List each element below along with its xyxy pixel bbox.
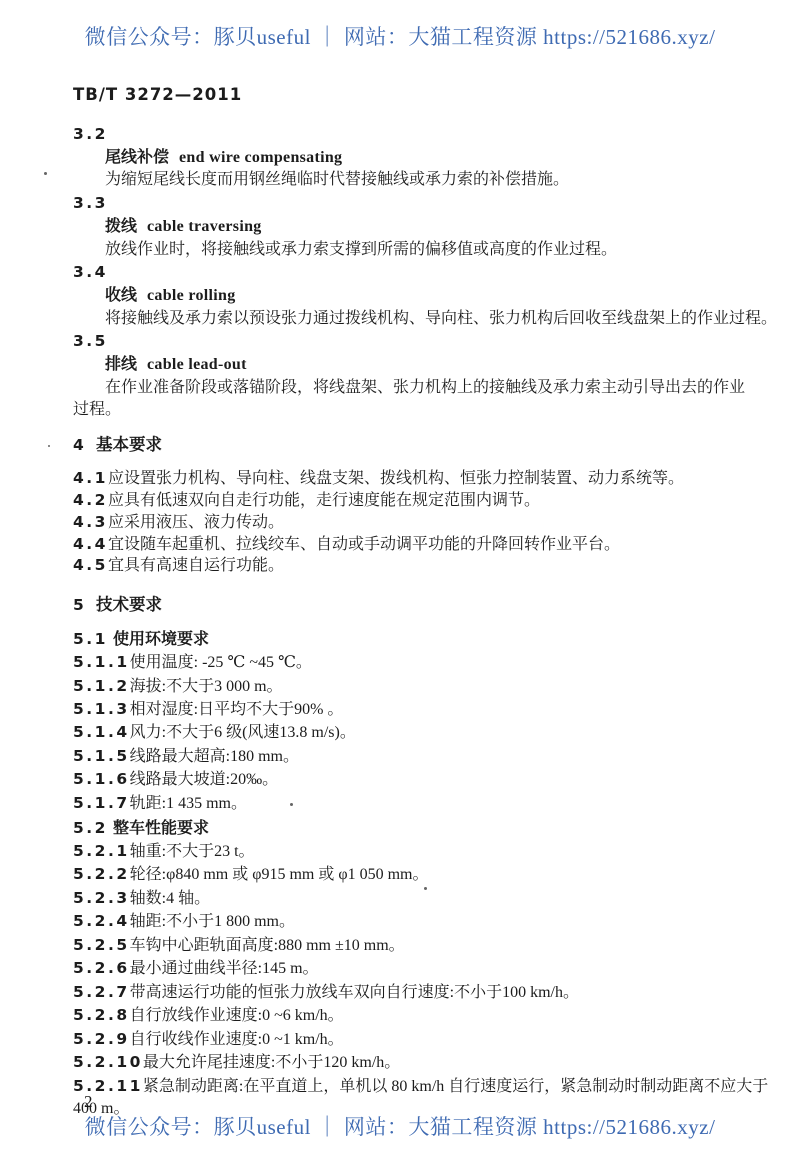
section-5-2-items: 5.2.1轴重:不大于23 t。 5.2.2轮径:φ840 mm 或 φ915 …	[73, 840, 750, 1121]
clause-item-text: 线路最大超高:180 mm。	[130, 748, 299, 765]
clause-item-text: 轴重:不大于23 t。	[130, 843, 255, 860]
clause-item-number: 5.1.5	[73, 745, 130, 767]
clause-item-text: 轨距:1 435 mm。	[130, 795, 247, 812]
clause-item-number: 5.2.8	[73, 1004, 130, 1027]
clause-item-text: 紧急制动距离:在平直道上，单机以 80 km/h 自行速度运行，紧急制动时制动距…	[143, 1078, 768, 1095]
clause-item-number: 5.1.1	[73, 651, 130, 673]
clause-item-text: 应设置张力机构、导向柱、线盘支架、拨线机构、恒张力控制装置、动力系统等。	[108, 470, 684, 487]
section-5-1-heading: 5.1使用环境要求	[73, 627, 750, 651]
term-chinese: 排线	[105, 354, 137, 373]
clause-item: 5.1.6线路最大坡道:20‰。	[73, 768, 750, 791]
clause-item-text: 轴数:4 轴。	[130, 890, 210, 907]
clause-item-number: 4.1	[73, 468, 108, 490]
term-line: 收线cable rolling	[105, 284, 750, 308]
definition-text: 为缩短尾线长度而用钢丝绳临时代替接触线或承力索的补偿措施。	[73, 169, 750, 192]
clause-item: 5.1.3相对湿度:日平均不大于90% 。	[73, 698, 750, 721]
clause-item-number: 5.1.6	[73, 768, 130, 790]
term-line: 尾线补偿end wire compensating	[105, 146, 750, 170]
clause-item: 5.2.2轮径:φ840 mm 或 φ915 mm 或 φ1 050 mm。	[73, 863, 750, 887]
clause-item-number: 5.1.2	[73, 675, 130, 697]
clause-item-text: 车钩中心距轨面高度:880 mm ±10 mm。	[130, 937, 405, 954]
section-5-2-heading: 5.2整车性能要求	[73, 816, 750, 840]
clause-number: 3.2	[73, 123, 750, 146]
clause-item-text: 风力:不大于6 级(风速13.8 m/s)。	[130, 724, 356, 741]
definition-section: 3.2 尾线补偿end wire compensating 为缩短尾线长度而用钢…	[73, 123, 750, 192]
section-5-heading: 5技术要求	[73, 593, 750, 617]
clause-item-text: 带高速运行功能的恒张力放线车双向自行速度:不小于100 km/h。	[130, 984, 579, 1001]
clause-item-number: 5.2.6	[73, 957, 130, 980]
clause-item-text: 宜设随车起重机、拉线绞车、自动或手动调平功能的升降回转作业平台。	[108, 536, 620, 553]
document-content: TB/T 3272—2011 3.2 尾线补偿end wire compensa…	[73, 0, 750, 1121]
clause-item-number: 4.5	[73, 555, 108, 577]
clause-item-text: 使用温度: -25 ℃ ~45 ℃。	[130, 654, 312, 671]
clause-item: 4.2应具有低速双向自走行功能，走行速度能在规定范围内调节。	[73, 490, 750, 512]
term-chinese: 拨线	[105, 216, 137, 235]
clause-item: 4.1应设置张力机构、导向柱、线盘支架、拨线机构、恒张力控制装置、动力系统等。	[73, 468, 750, 490]
clause-item: 5.1.1使用温度: -25 ℃ ~45 ℃。	[73, 651, 750, 674]
clause-item-number: 5.2.4	[73, 910, 130, 933]
scan-speck	[48, 445, 50, 447]
clause-item: 5.2.5车钩中心距轨面高度:880 mm ±10 mm。	[73, 934, 750, 958]
definition-text: 在作业准备阶段或落锚阶段，将线盘架、张力机构上的接触线及承力索主动引导出去的作业…	[73, 377, 750, 422]
section-5-number: 5	[73, 593, 96, 617]
clause-item-number: 5.1.7	[73, 792, 130, 814]
clause-item: 5.2.8自行放线作业速度:0 ~6 km/h。	[73, 1004, 750, 1028]
section-4-title: 基本要求	[96, 435, 162, 454]
clause-item: 4.5宜具有高速自运行功能。	[73, 555, 750, 577]
clause-item-number: 5.2.10	[73, 1051, 143, 1074]
definition-line1: 在作业准备阶段或落锚阶段，将线盘架、张力机构上的接触线及承力索主动引导出去的作业	[105, 379, 745, 396]
clause-item-number: 5.2.1	[73, 840, 130, 863]
watermark-footer: 微信公众号：豚贝useful ｜ 网站：大猫工程资源 https://52168…	[85, 1111, 716, 1141]
term-chinese: 尾线补偿	[105, 147, 169, 166]
scan-speck	[290, 803, 293, 806]
clause-item-number: 5.2.9	[73, 1028, 130, 1051]
clause-item-text: 最大允许尾挂速度:不小于120 km/h。	[143, 1054, 400, 1071]
term-english: cable rolling	[147, 287, 236, 304]
clause-item: 5.2.6最小通过曲线半径:145 m。	[73, 957, 750, 981]
clause-item: 5.1.5线路最大超高:180 mm。	[73, 745, 750, 768]
clause-item: 4.3应采用液压、液力传动。	[73, 512, 750, 534]
term-english: cable traversing	[147, 218, 262, 235]
page-number: 2	[84, 1092, 93, 1112]
definition-text: 放线作业时，将接触线或承力索支撑到所需的偏移值或高度的作业过程。	[73, 239, 750, 262]
clause-item-number: 5.2.5	[73, 934, 130, 957]
document-page: 微信公众号：豚贝useful ｜ 网站：大猫工程资源 https://52168…	[0, 0, 800, 1168]
clause-item-text: 轴距:不小于1 800 mm。	[130, 913, 295, 930]
clause-item-number: 4.3	[73, 512, 108, 534]
scan-speck	[424, 887, 427, 890]
clause-item-text: 相对湿度:日平均不大于90% 。	[130, 701, 344, 718]
term-line: 拨线cable traversing	[105, 215, 750, 239]
definition-line1: 放线作业时，将接触线或承力索支撑到所需的偏移值或高度的作业过程。	[105, 241, 617, 258]
section-5-1-items: 5.1.1使用温度: -25 ℃ ~45 ℃。 5.1.2海拔:不大于3 000…	[73, 651, 750, 815]
definition-section: 3.4 收线cable rolling 将接触线及承力索以预设张力通过拨线机构、…	[73, 261, 750, 330]
clause-item-number: 5.1.4	[73, 721, 130, 743]
section-5-1-number: 5.1	[73, 628, 113, 651]
definition-section: 3.3 拨线cable traversing 放线作业时，将接触线或承力索支撑到…	[73, 192, 750, 261]
term-english: cable lead-out	[147, 356, 247, 373]
clause-item: 5.2.9自行收线作业速度:0 ~1 km/h。	[73, 1028, 750, 1052]
section-4-heading: 4基本要求	[73, 433, 750, 457]
clause-item: 5.1.4风力:不大于6 级(风速13.8 m/s)。	[73, 721, 750, 744]
clause-item-number: 5.1.3	[73, 698, 130, 720]
definition-section: 3.5 排线cable lead-out 在作业准备阶段或落锚阶段，将线盘架、张…	[73, 330, 750, 422]
definitions-list: 3.2 尾线补偿end wire compensating 为缩短尾线长度而用钢…	[73, 123, 750, 422]
clause-item-number: 4.4	[73, 534, 108, 556]
clause-item: 5.2.7带高速运行功能的恒张力放线车双向自行速度:不小于100 km/h。	[73, 981, 750, 1005]
section-5-2-title: 整车性能要求	[113, 818, 209, 837]
clause-item-text: 海拔:不大于3 000 m。	[130, 678, 283, 695]
clause-item-number: 4.2	[73, 490, 108, 512]
clause-item-number: 5.2.3	[73, 887, 130, 910]
doc-number: TB/T 3272—2011	[73, 85, 750, 105]
section-5-1-title: 使用环境要求	[113, 629, 209, 648]
clause-item-text: 最小通过曲线半径:145 m。	[130, 960, 319, 977]
scan-speck	[44, 172, 47, 175]
section-4-items: 4.1应设置张力机构、导向柱、线盘支架、拨线机构、恒张力控制装置、动力系统等。 …	[73, 468, 750, 577]
clause-item-number: 5.2.7	[73, 981, 130, 1004]
clause-item-text: 自行收线作业速度:0 ~1 km/h。	[130, 1031, 344, 1048]
clause-item-number: 5.2.2	[73, 863, 130, 886]
clause-item: 5.2.4轴距:不小于1 800 mm。	[73, 910, 750, 934]
clause-item-text: 轮径:φ840 mm 或 φ915 mm 或 φ1 050 mm。	[130, 866, 429, 883]
clause-item: 5.2.3轴数:4 轴。	[73, 887, 750, 911]
clause-item-text: 自行放线作业速度:0 ~6 km/h。	[130, 1007, 344, 1024]
clause-item: 5.2.1轴重:不大于23 t。	[73, 840, 750, 864]
definition-line1: 为缩短尾线长度而用钢丝绳临时代替接触线或承力索的补偿措施。	[105, 171, 569, 188]
clause-number: 3.4	[73, 261, 750, 284]
clause-item: 4.4宜设随车起重机、拉线绞车、自动或手动调平功能的升降回转作业平台。	[73, 534, 750, 556]
clause-item-text: 线路最大坡道:20‰。	[130, 771, 278, 788]
clause-number: 3.3	[73, 192, 750, 215]
clause-item-text: 应采用液压、液力传动。	[108, 514, 284, 531]
clause-item: 5.1.2海拔:不大于3 000 m。	[73, 675, 750, 698]
section-4-number: 4	[73, 433, 96, 457]
definition-line1: 将接触线及承力索以预设张力通过拨线机构、导向柱、张力机构后回收至线盘架上的作业过…	[105, 310, 777, 327]
clause-item: 5.1.7轨距:1 435 mm。	[73, 792, 750, 815]
term-line: 排线cable lead-out	[105, 353, 750, 377]
term-english: end wire compensating	[179, 149, 342, 166]
section-5-title: 技术要求	[96, 595, 162, 614]
term-chinese: 收线	[105, 285, 137, 304]
clause-item-text: 应具有低速双向自走行功能，走行速度能在规定范围内调节。	[108, 492, 540, 509]
clause-item-text: 宜具有高速自运行功能。	[108, 557, 284, 574]
clause-number: 3.5	[73, 330, 750, 353]
definition-text: 将接触线及承力索以预设张力通过拨线机构、导向柱、张力机构后回收至线盘架上的作业过…	[73, 308, 750, 331]
definition-line2: 过程。	[73, 399, 750, 422]
section-5-2-number: 5.2	[73, 817, 113, 840]
clause-item: 5.2.10最大允许尾挂速度:不小于120 km/h。	[73, 1051, 750, 1075]
